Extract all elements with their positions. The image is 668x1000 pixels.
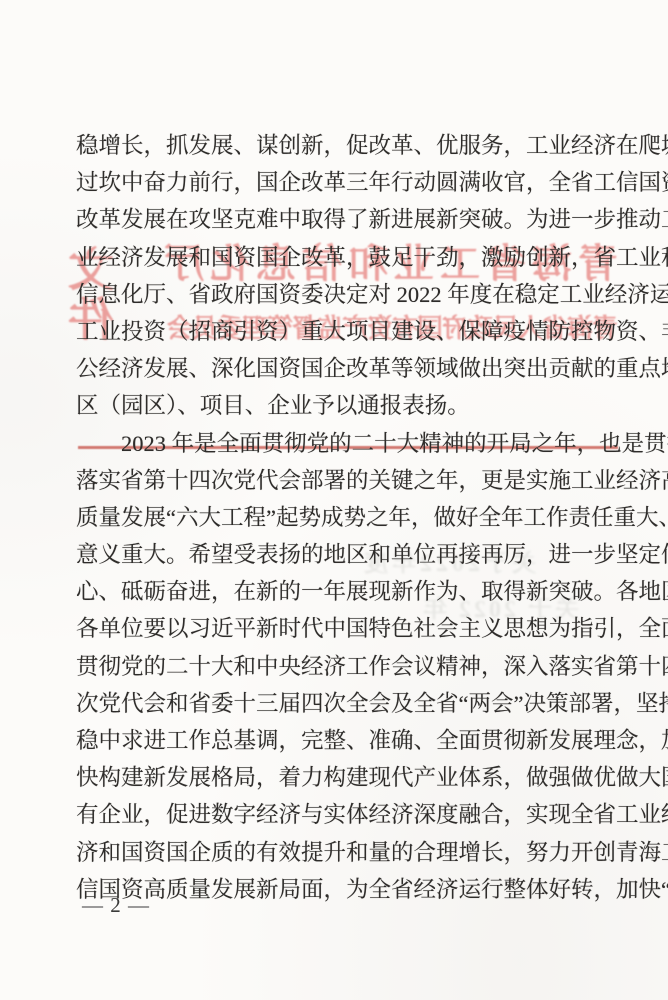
text-line: 有企业，促进数字经济与实体经济深度融合，实现全省工业经 [76,796,618,833]
text-line: 贯彻党的二十大和中央经济工作会议精神，深入落实省第十四 [76,648,618,685]
text-line: 稳中求进工作总基调，完整、准确、全面贯彻新发展理念，加 [76,722,618,759]
document-body: 稳增长，抓发展、谋创新，促改革、优服务，工业经济在爬坡过坎中奋力前行，国企改革三… [76,127,618,908]
text-line: 信息化厅、省政府国资委决定对 2022 年度在稳定工业经济运行、 [76,276,618,313]
text-line: 质量发展“六大工程”起势成势之年，做好全年工作责任重大、 [76,499,618,536]
text-line: 稳增长，抓发展、谋创新，促改革、优服务，工业经济在爬坡 [76,127,618,164]
text-line: 心、砥砺奋进，在新的一年展现新作为、取得新突破。各地区、 [76,573,618,610]
text-line: 各单位要以习近平新时代中国特色社会主义思想为指引，全面 [76,610,618,647]
document-page: 青海省工业和信息化厅 青海省人民政府国有资产监督管理委员会 文件 关于2022年… [0,0,668,1000]
text-line: 业经济发展和国资国企改革，鼓足干劲，激励创新，省工业和 [76,239,618,276]
text-line: 济和国资国企质的有效提升和量的合理增长，努力开创青海工 [76,834,618,871]
text-line: 落实省第十四次党代会部署的关键之年，更是实施工业经济高 [76,462,618,499]
text-line: 2023 年是全面贯彻党的二十大精神的开局之年，也是贯彻 [76,425,618,462]
text-line: 过坎中奋力前行，国企改革三年行动圆满收官，全省工信国资 [76,164,618,201]
page-number: — 2 — [82,893,150,918]
text-line: 工业投资（招商引资）重大项目建设、保障疫情防控物资、非 [76,313,618,350]
text-line: 改革发展在攻坚克难中取得了新进展新突破。为进一步推动工 [76,201,618,238]
text-line: 次党代会和省委十三届四次全会及全省“两会”决策部署，坚持 [76,685,618,722]
text-line: 信国资高质量发展新局面，为全省经济运行整体好转，加快“六 [76,871,618,908]
text-line: 区（园区）、项目、企业予以通报表扬。 [76,387,618,424]
text-line: 公经济发展、深化国资国企改革等领域做出突出贡献的重点地 [76,350,618,387]
text-line: 意义重大。希望受表扬的地区和单位再接再厉，进一步坚定信 [76,536,618,573]
text-line: 快构建新发展格局，着力构建现代产业体系，做强做优做大国 [76,759,618,796]
